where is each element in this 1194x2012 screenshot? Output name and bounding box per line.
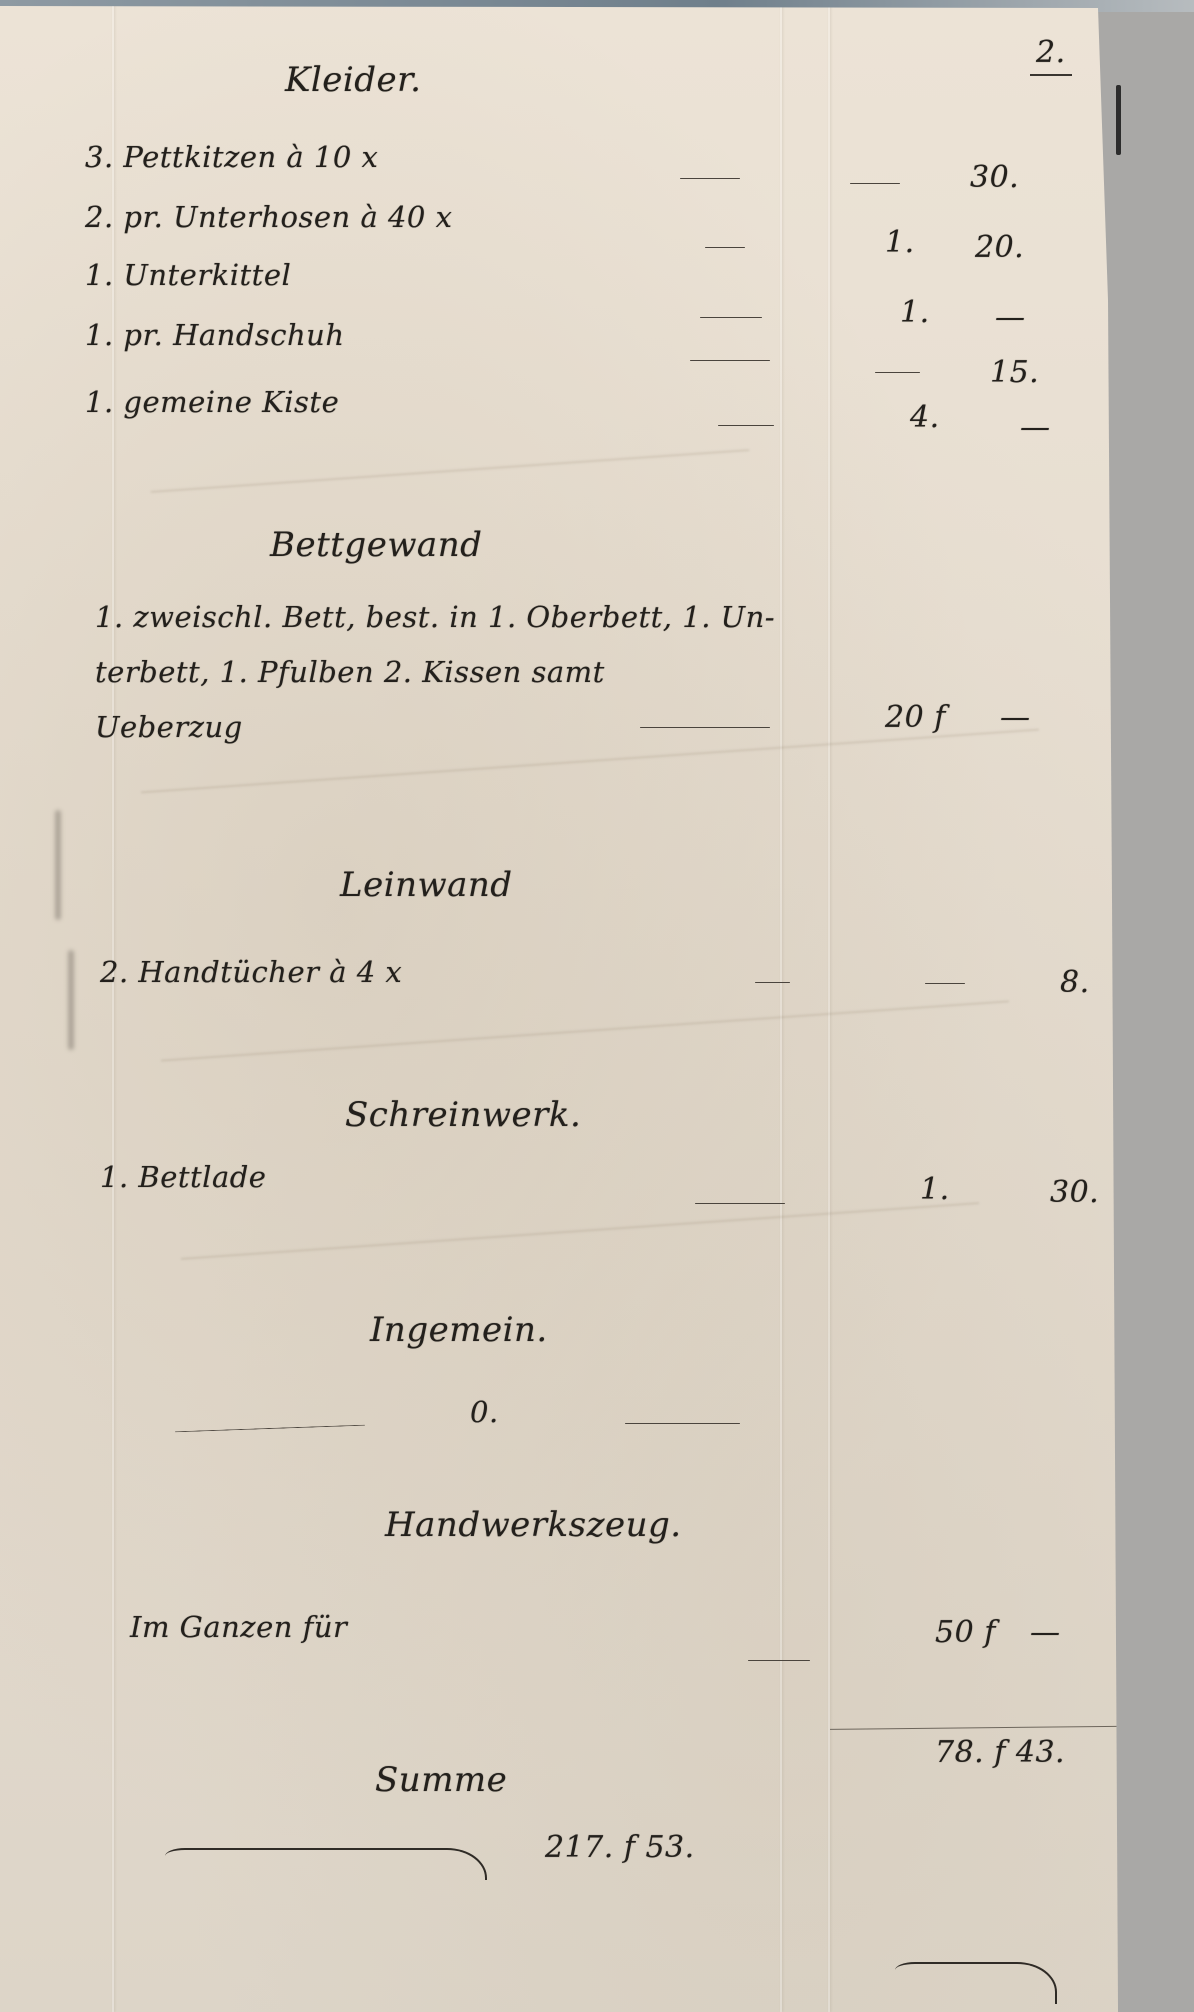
filler-dash [705, 247, 745, 248]
amount-kreuzer: — [1000, 700, 1031, 735]
filler-dash [640, 727, 770, 728]
page-fold [780, 0, 782, 2012]
item-text: Im Ganzen für [130, 1610, 347, 1644]
item-text-line: terbett, 1. Pfulben 2. Kissen samt [95, 655, 605, 689]
amount-gulden: 1. [885, 225, 915, 260]
amount-gulden: 1. [900, 295, 930, 330]
filler-dash [755, 982, 790, 983]
filler-dash [925, 983, 965, 984]
amount-kreuzer: 20. [975, 230, 1024, 265]
amount-gulden: 1. [920, 1172, 950, 1207]
item-text: 3. Pettkitzen à 10 x [85, 140, 378, 174]
amount-kreuzer: 30. [970, 160, 1019, 195]
page-number: 2. [1030, 35, 1072, 76]
subtotal-value: 78. f 43. [935, 1735, 1065, 1770]
amount-gulden: 50 f [935, 1615, 996, 1650]
section-heading-leinwand: Leinwand [340, 865, 513, 905]
filler-dash [680, 178, 740, 179]
page-fold [828, 0, 830, 2012]
section-heading-schreinwerk: Schreinwerk. [345, 1095, 581, 1135]
ink-smudge [68, 950, 74, 1050]
bleed-through [181, 1202, 979, 1260]
filler-flourish-left [175, 1425, 365, 1433]
amount-kreuzer: — [1030, 1615, 1061, 1650]
item-text: 1. Bettlade [100, 1160, 266, 1194]
sum-label: Summe [375, 1760, 507, 1800]
binding-edge-mark [1116, 85, 1121, 155]
page-fold [112, 0, 114, 2012]
section-heading-bettgewand: Bettgewand [270, 525, 482, 565]
section-heading-handwerkszeug: Handwerkszeug. [385, 1505, 682, 1545]
amount-kreuzer: 30. [1050, 1175, 1099, 1210]
filler-dash [695, 1203, 785, 1204]
sum-flourish [165, 1848, 487, 1880]
bleed-through [141, 729, 1039, 794]
item-text: 1. Unterkittel [85, 258, 291, 292]
item-text: 1. pr. Handschuh [85, 318, 345, 352]
amount-kreuzer: 15. [990, 355, 1039, 390]
filler-dash [718, 425, 774, 426]
bleed-through [151, 449, 750, 493]
document-page: 2. Kleider. 3. Pettkitzen à 10 x 30. 2. … [0, 0, 1118, 2012]
amount-gulden: 4. [910, 400, 940, 435]
filler-flourish-right [625, 1423, 740, 1424]
item-text: 2. pr. Unterhosen à 40 x [85, 200, 452, 234]
section-heading-kleider: Kleider. [285, 60, 421, 100]
sum-value: 217. f 53. [545, 1830, 695, 1865]
item-text: 2. Handtücher à 4 x [100, 955, 402, 989]
item-text-line: Ueberzug [95, 710, 243, 744]
subtotal-rule [830, 1725, 1180, 1730]
filler-dash [875, 372, 920, 373]
bleed-through [161, 1000, 1009, 1061]
filler-dash [850, 183, 900, 184]
section-heading-ingemein: Ingemein. [370, 1310, 548, 1350]
item-text-line: 1. zweischl. Bett, best. in 1. Oberbett,… [95, 600, 775, 634]
item-text: 1. gemeine Kiste [85, 385, 339, 419]
filler-dash [690, 360, 770, 361]
end-flourish [895, 1962, 1057, 2004]
item-text: 0. [470, 1395, 499, 1429]
ink-smudge [55, 810, 61, 920]
amount-kreuzer: — [995, 300, 1026, 335]
amount-kreuzer: 8. [1060, 965, 1090, 1000]
amount-gulden: 20 f [885, 700, 946, 735]
amount-kreuzer: — [1020, 410, 1051, 445]
filler-dash [748, 1660, 810, 1661]
filler-dash [700, 317, 762, 318]
